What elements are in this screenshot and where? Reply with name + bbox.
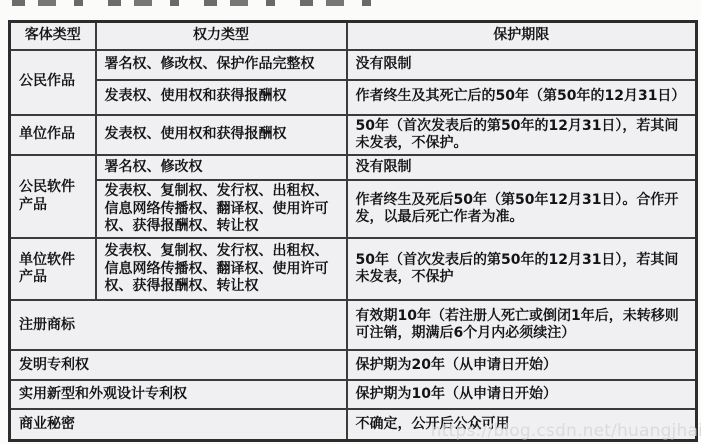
table-row: 实用新型和外观设计专利权 保护期为10年（从申请日开始）: [10, 380, 697, 409]
object-cell-trade-secret: 商业秘密: [10, 409, 347, 440]
rights-cell: 署名权、修改权: [96, 155, 347, 180]
table-row: 公民作品 署名权、修改权、保护作品完整权 没有限制: [10, 50, 697, 80]
header-right-type: 权力类型: [96, 22, 347, 50]
table-row: 单位软件产品 发表权、复制权、发行权、出租权、信息网络传播权、翻译权、使用许可权…: [10, 238, 697, 300]
ip-protection-table-wrap: 客体类型 权力类型 保护期限 公民作品 署名权、修改权、保护作品完整权 没有限制…: [8, 20, 698, 442]
header-protection-term: 保护期限: [347, 22, 697, 50]
term-cell: 保护期为10年（从申请日开始）: [347, 380, 697, 409]
term-cell: 50年（首次发表后的第50年的12月31日），若其间未发表，不保护。: [347, 115, 697, 156]
rights-cell: 署名权、修改权、保护作品完整权: [96, 50, 347, 80]
table-row: 发明专利权 保护期为20年（从申请日开始）: [10, 350, 697, 380]
term-cell: 保护期为20年（从申请日开始）: [347, 350, 697, 380]
table-row: 发表权、复制权、发行权、出租权、信息网络传播权、翻译权、使用许可权、获得报酬权、…: [10, 180, 697, 238]
object-cell-unit-software: 单位软件产品: [10, 238, 96, 300]
term-cell: 没有限制: [347, 50, 697, 80]
table-row: 发表权、使用权和获得报酬权 作者终生及其死亡后的50年（第50年的12月31日）: [10, 80, 697, 115]
object-cell-utility-design-patent: 实用新型和外观设计专利权: [10, 380, 347, 409]
rights-cell: 发表权、复制权、发行权、出租权、信息网络传播权、翻译权、使用许可权、获得报酬权、…: [96, 180, 347, 238]
ip-protection-table: 客体类型 权力类型 保护期限 公民作品 署名权、修改权、保护作品完整权 没有限制…: [8, 20, 698, 442]
rights-cell: 发表权、使用权和获得报酬权: [96, 80, 347, 115]
object-cell-citizen-works: 公民作品: [10, 50, 96, 115]
term-cell: 没有限制: [347, 155, 697, 180]
rights-cell: 发表权、复制权、发行权、出租权、信息网络传播权、翻译权、使用许可权、获得报酬权、…: [96, 238, 347, 300]
term-cell: 50年（首次发表后的第50年的12月31日），若其间未发表，不保护: [347, 238, 697, 300]
header-row: 客体类型 权力类型 保护期限: [10, 22, 697, 50]
object-cell-unit-works: 单位作品: [10, 115, 96, 156]
object-cell-registered-trademark: 注册商标: [10, 300, 347, 350]
cropped-text-remnant: [12, 0, 390, 6]
object-cell-invention-patent: 发明专利权: [10, 350, 347, 380]
term-cell: 有效期10年（若注册人死亡或倒闭1年后，未转移则可注销，期满后6个月内必须续注）: [347, 300, 697, 350]
table-row: 单位作品 发表权、使用权和获得报酬权 50年（首次发表后的第50年的12月31日…: [10, 115, 697, 156]
term-cell: 作者终生及死后50年（第50年12月31日）。合作开发，以最后死亡作者为准。: [347, 180, 697, 238]
table-row: 注册商标 有效期10年（若注册人死亡或倒闭1年后，未转移则可注销，期满后6个月内…: [10, 300, 697, 350]
rights-cell: 发表权、使用权和获得报酬权: [96, 115, 347, 156]
csdn-watermark: https://blog.csdn.net/huangjhai: [431, 421, 701, 441]
header-object-type: 客体类型: [10, 22, 96, 50]
table-row: 公民软件产品 署名权、修改权 没有限制: [10, 155, 697, 180]
object-cell-citizen-software: 公民软件产品: [10, 155, 96, 238]
term-cell: 作者终生及其死亡后的50年（第50年的12月31日）: [347, 80, 697, 115]
